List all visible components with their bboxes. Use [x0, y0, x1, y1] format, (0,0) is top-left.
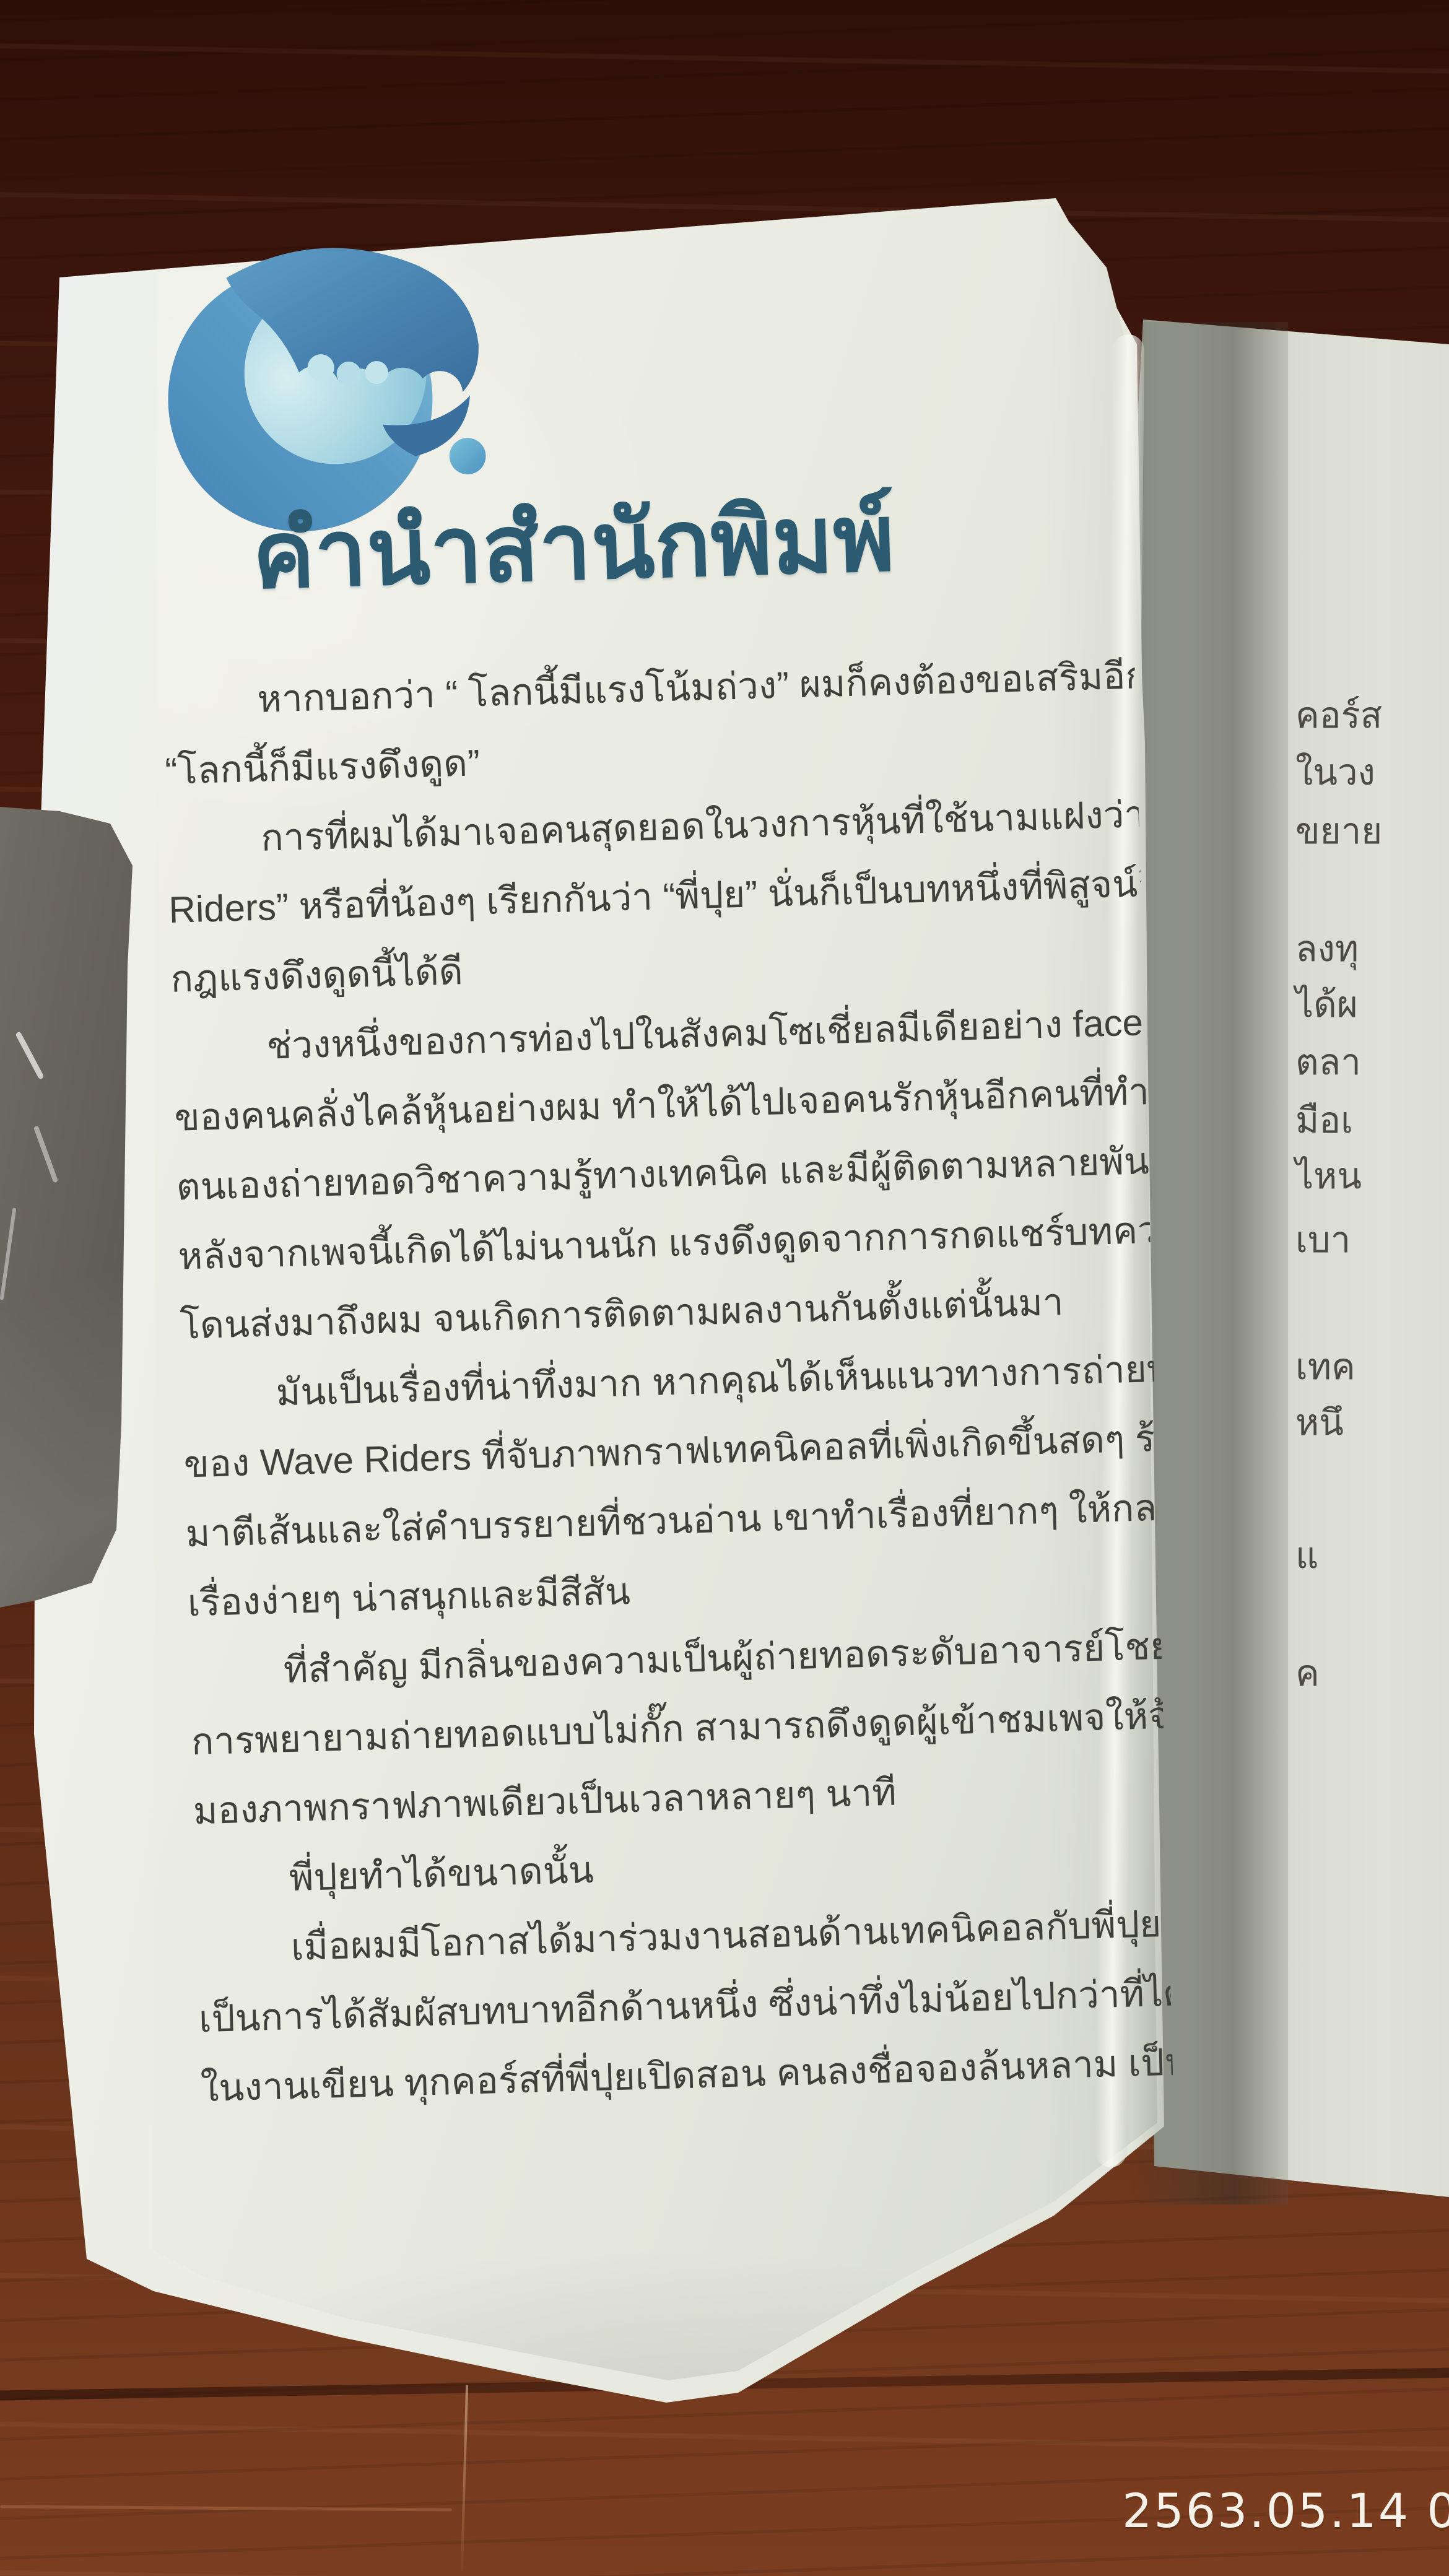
right-page-text-fragment: ไหน	[1295, 1147, 1362, 1204]
book-photo: คอร์ส ในวง ขยาย ลงทุ ได้ผ ตลา มือเ ไหน เ…	[0, 0, 1449, 2576]
camera-timestamp: 2563.05.14 01:31	[1122, 2483, 1449, 2538]
right-page-text-fragment: ค	[1295, 1644, 1320, 1702]
right-page-text-fragment: ลงทุ	[1295, 920, 1359, 977]
right-page-text-fragment: เทค	[1295, 1338, 1355, 1395]
right-page-text-fragment: เบา	[1295, 1211, 1351, 1268]
right-page-text-fragment: หนึ	[1295, 1393, 1344, 1451]
right-page-text-fragment: คอร์ส	[1295, 686, 1382, 744]
page-title: คำนำสำนักพิมพ์	[251, 471, 1116, 656]
right-page-text-fragment: แ	[1295, 1526, 1318, 1584]
right-page-text-fragment: ในวง	[1295, 743, 1375, 801]
right-page-text-fragment: มือเ	[1295, 1091, 1353, 1149]
right-page-text-fragment: ได้ผ	[1295, 975, 1358, 1033]
right-page-text-fragment: ตลา	[1295, 1033, 1361, 1090]
body-text: หากบอกว่า “ โลกนี้มีแรงโน้มถ่วง” ผมก็คงต…	[162, 641, 1180, 2123]
right-page-text-fragment: ขยาย	[1295, 802, 1382, 859]
